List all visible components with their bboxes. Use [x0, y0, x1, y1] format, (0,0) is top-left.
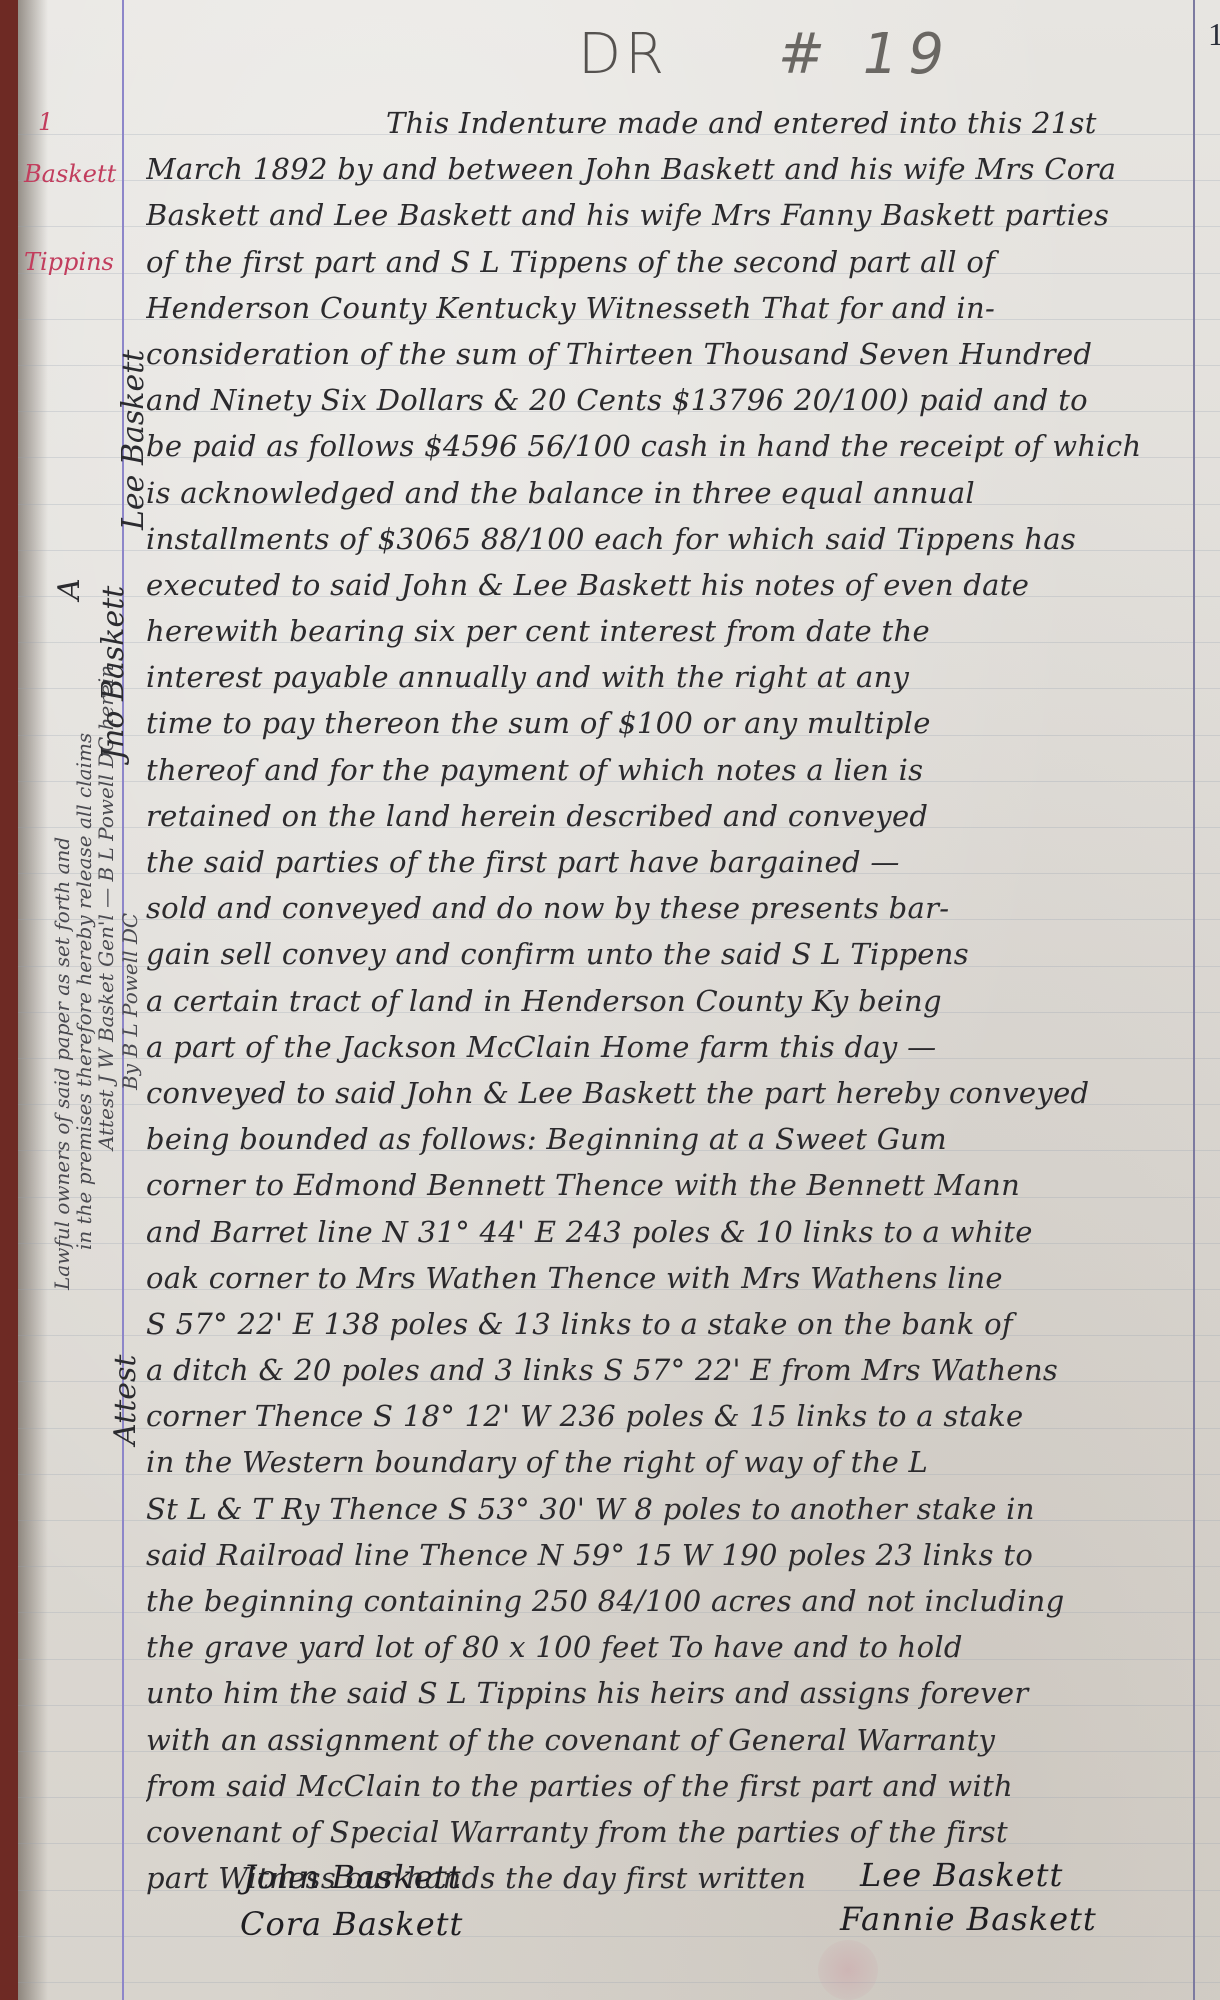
deed-line: a ditch & 20 poles and 3 links S 57° 22'… [146, 1347, 1191, 1393]
margin-release-line-1: Lawful owners of said paper as set forth… [50, 837, 74, 1290]
deed-line: March 1892 by and between John Baskett a… [146, 146, 1191, 192]
deed-line: a certain tract of land in Henderson Cou… [146, 978, 1191, 1024]
deed-line: and Ninety Six Dollars & 20 Cents $13796… [146, 377, 1191, 423]
deed-line: of the first part and S L Tippens of the… [146, 239, 1191, 285]
deed-line: a part of the Jackson McClain Home farm … [146, 1024, 1191, 1070]
margin-grantee: Tippins [24, 248, 114, 276]
deed-line: and Barret line N 31° 44' E 243 poles & … [146, 1209, 1191, 1255]
deed-line: thereof and for the payment of which not… [146, 747, 1191, 793]
deed-line: sold and conveyed and do now by these pr… [146, 885, 1191, 931]
margin-attest-label: Attest [108, 1355, 143, 1445]
page-number: 1 [1208, 16, 1220, 53]
deed-line: interest payable annually and with the r… [146, 654, 1191, 700]
signature-john-baskett: John Baskett [243, 1858, 462, 1896]
signature-cora-baskett: Cora Baskett [240, 1905, 463, 1943]
deed-line: S 57° 22' E 138 poles & 13 links to a st… [146, 1301, 1191, 1347]
deed-line: covenant of Special Warranty from the pa… [146, 1809, 1191, 1855]
deed-line: the said parties of the first part have … [146, 839, 1191, 885]
margin-release-line-2: in the premises therefore hereby release… [72, 733, 96, 1250]
ledger-rule [18, 1982, 1220, 1983]
deed-line: being bounded as follows: Beginning at a… [146, 1116, 1191, 1162]
margin-clerk: By B L Powell DC [118, 913, 142, 1090]
deed-line: said Railroad line Thence N 59° 15 W 190… [146, 1532, 1191, 1578]
deed-line: herewith bearing six per cent interest f… [146, 608, 1191, 654]
margin-index-number: 1 [38, 108, 53, 136]
deed-line: the grave yard lot of 80 x 100 feet To h… [146, 1624, 1191, 1670]
margin-grantor: Baskett [24, 160, 116, 188]
deed-line: consideration of the sum of Thirteen Tho… [146, 331, 1191, 377]
deed-line: the beginning containing 250 84/100 acre… [146, 1578, 1191, 1624]
deed-line: oak corner to Mrs Wathen Thence with Mrs… [146, 1255, 1191, 1301]
deed-line: with an assignment of the covenant of Ge… [146, 1717, 1191, 1763]
deed-line: St L & T Ry Thence S 53° 30' W 8 poles t… [146, 1486, 1191, 1532]
deed-line: Henderson County Kentucky Witnesseth Tha… [146, 285, 1191, 331]
deed-line: is acknowledged and the balance in three… [146, 470, 1191, 516]
deed-line: unto him the said S L Tippins his heirs … [146, 1670, 1191, 1716]
margin-release-letter: A [52, 578, 87, 600]
deed-line: gain sell convey and confirm unto the sa… [146, 931, 1191, 977]
right-margin-rule [1193, 0, 1195, 2000]
deed-line: executed to said John & Lee Baskett his … [146, 562, 1191, 608]
signature-fannie-baskett: Fannie Baskett [840, 1900, 1097, 1938]
deed-line: installments of $3065 88/100 each for wh… [146, 516, 1191, 562]
margin-release-signature-john: Jno Baskett [96, 586, 131, 760]
ledger-page: DR # 19 1 1 Baskett Tippins Lawful owner… [18, 0, 1220, 2000]
deed-body: This Indenture made and entered into thi… [146, 100, 1191, 1901]
deed-line: corner Thence S 18° 12' W 236 poles & 15… [146, 1393, 1191, 1439]
ink-stain [818, 1940, 878, 2000]
deed-line: be paid as follows $4596 56/100 cash in … [146, 423, 1191, 469]
signature-lee-baskett: Lee Baskett [860, 1856, 1063, 1894]
deed-line: This Indenture made and entered into thi… [146, 100, 1191, 146]
deed-line: in the Western boundary of the right of … [146, 1439, 1191, 1485]
deed-line: Baskett and Lee Baskett and his wife Mrs… [146, 192, 1191, 238]
book-reference: DR [578, 22, 668, 87]
deed-line: from said McClain to the parties of the … [146, 1763, 1191, 1809]
deed-line: retained on the land herein described an… [146, 793, 1191, 839]
book-number: # 19 [778, 22, 954, 87]
deed-line: conveyed to said John & Lee Baskett the … [146, 1070, 1191, 1116]
deed-line: time to pay thereon the sum of $100 or a… [146, 700, 1191, 746]
binding-shadow [18, 0, 48, 2000]
deed-line: corner to Edmond Bennett Thence with the… [146, 1162, 1191, 1208]
